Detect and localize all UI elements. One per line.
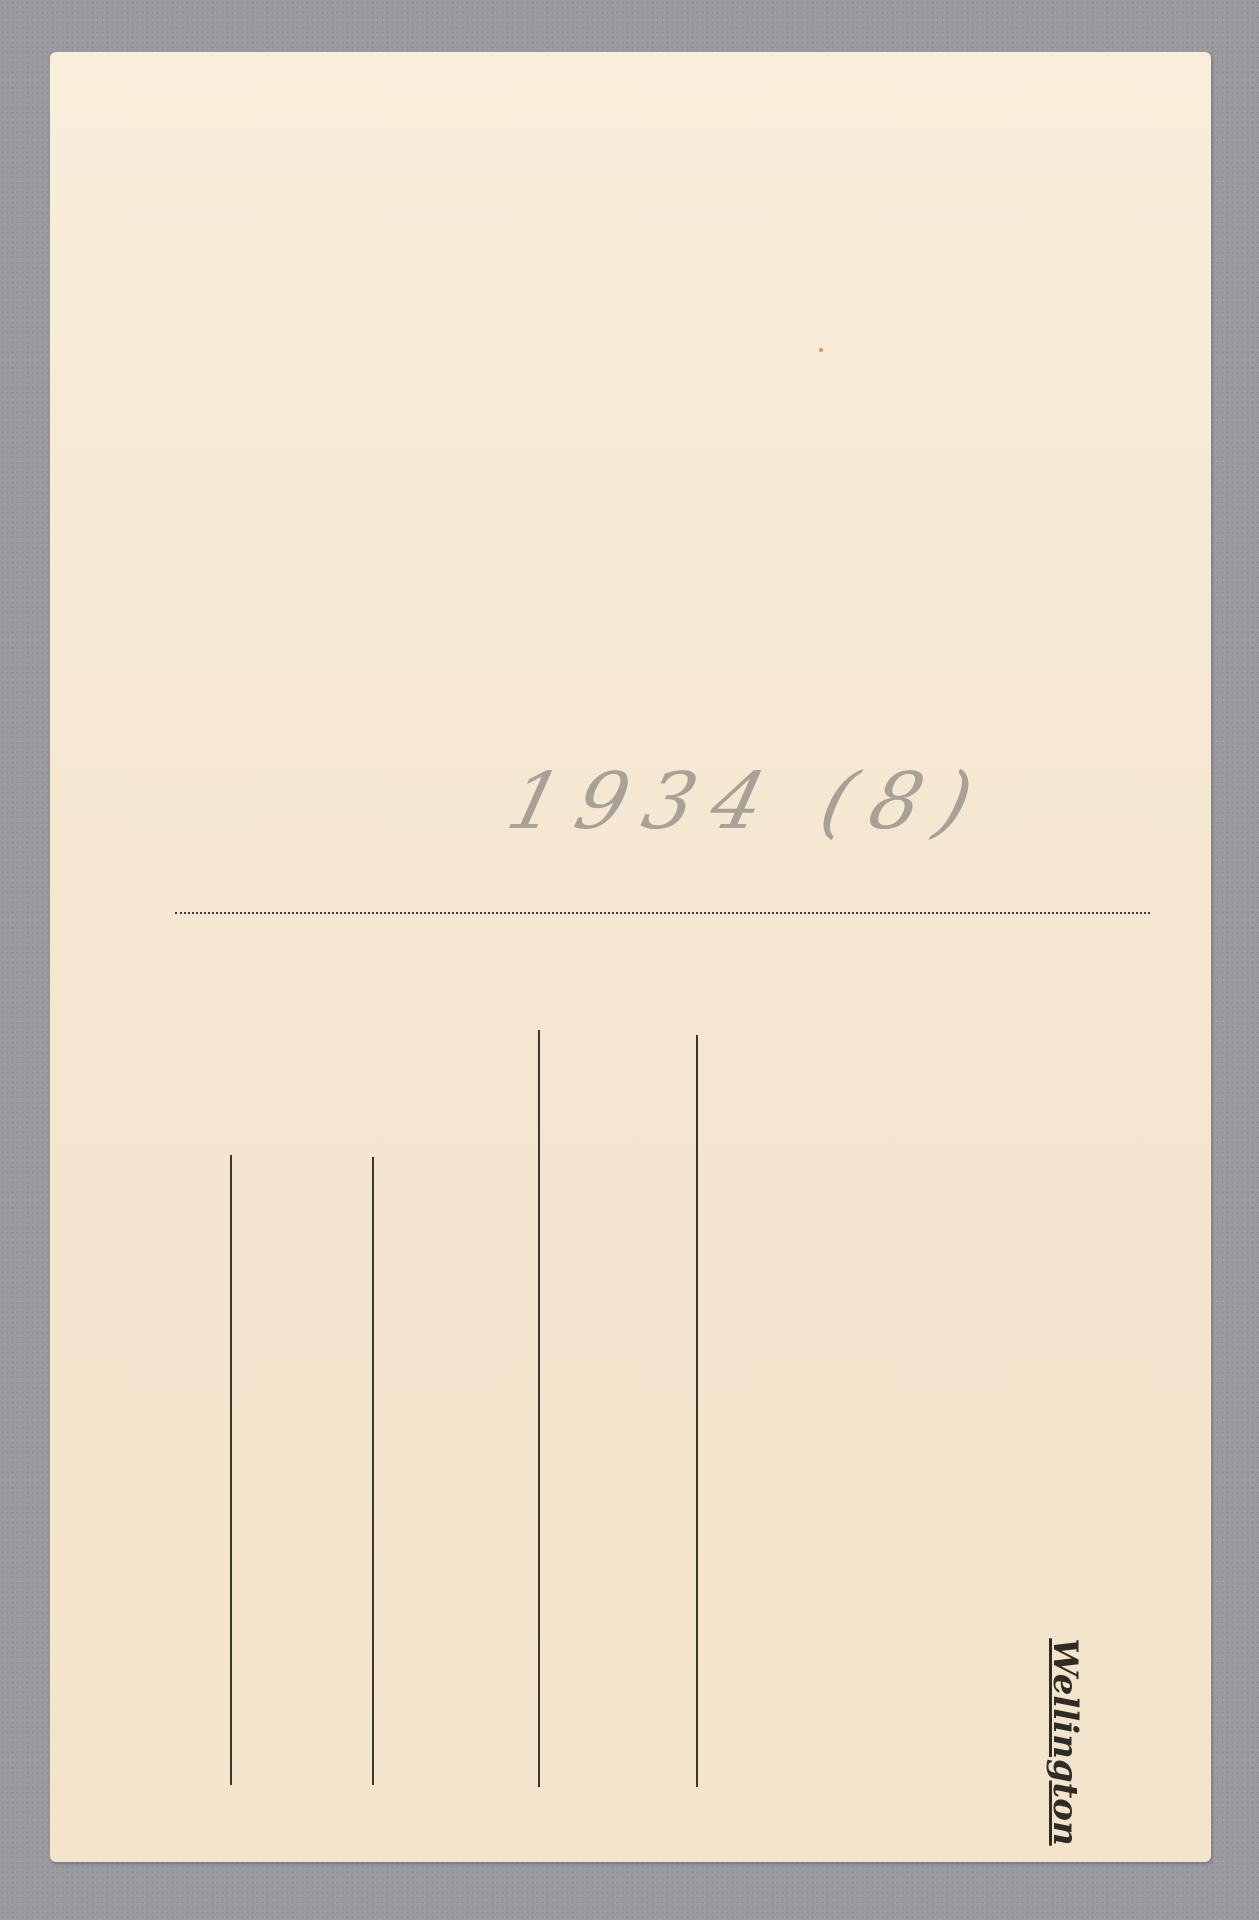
publisher-signature: Wellington [1035,1637,1095,1847]
pencil-annotation: 1934 (8) [499,757,999,847]
publisher-name: Wellington [1045,1638,1085,1845]
postcard-back: 1934 (8) Wellington [50,52,1211,1862]
vertical-line-2 [372,1157,374,1785]
paper-speck [819,348,823,352]
vertical-line-1 [230,1155,232,1785]
divider-line [175,912,1150,914]
vertical-line-3 [538,1030,540,1787]
vertical-line-4 [696,1035,698,1787]
